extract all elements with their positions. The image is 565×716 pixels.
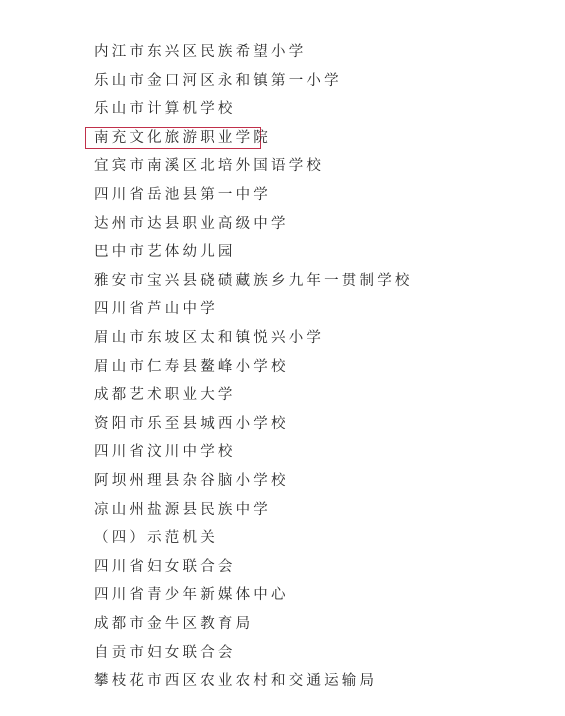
list-item: 自贡市妇女联合会 bbox=[94, 643, 236, 663]
list-item: 四川省妇女联合会 bbox=[94, 557, 236, 577]
list-item: 攀枝花市西区农业农村和交通运输局 bbox=[94, 671, 377, 691]
list-item: 宜宾市南溪区北培外国语学校 bbox=[94, 156, 324, 176]
list-item: 资阳市乐至县城西小学校 bbox=[94, 414, 289, 434]
list-item: 乐山市金口河区永和镇第一小学 bbox=[94, 71, 342, 91]
list-item: 凉山州盐源县民族中学 bbox=[94, 500, 271, 520]
list-item-highlighted: 南充文化旅游职业学院 bbox=[94, 128, 271, 148]
section-heading: （四）示范机关 bbox=[94, 528, 218, 548]
list-item: 眉山市仁寿县鳌峰小学校 bbox=[94, 357, 289, 377]
list-item: 阿坝州理县杂谷脑小学校 bbox=[94, 471, 289, 491]
list-item: 眉山市东坡区太和镇悦兴小学 bbox=[94, 328, 324, 348]
list-item: 四川省汶川中学校 bbox=[94, 442, 236, 462]
list-item: 四川省青少年新媒体中心 bbox=[94, 585, 289, 605]
list-item: 四川省芦山中学 bbox=[94, 299, 218, 319]
list-item: 四川省岳池县第一中学 bbox=[94, 185, 271, 205]
list-item: 乐山市计算机学校 bbox=[94, 99, 236, 119]
list-item: 达州市达县职业高级中学 bbox=[94, 214, 289, 234]
list-item: 巴中市艺体幼儿园 bbox=[94, 242, 236, 262]
list-item: 内江市东兴区民族希望小学 bbox=[94, 42, 306, 62]
list-item: 成都艺术职业大学 bbox=[94, 385, 236, 405]
list-item: 成都市金牛区教育局 bbox=[94, 614, 253, 634]
list-item: 雅安市宝兴县硗碛藏族乡九年一贯制学校 bbox=[94, 271, 413, 291]
